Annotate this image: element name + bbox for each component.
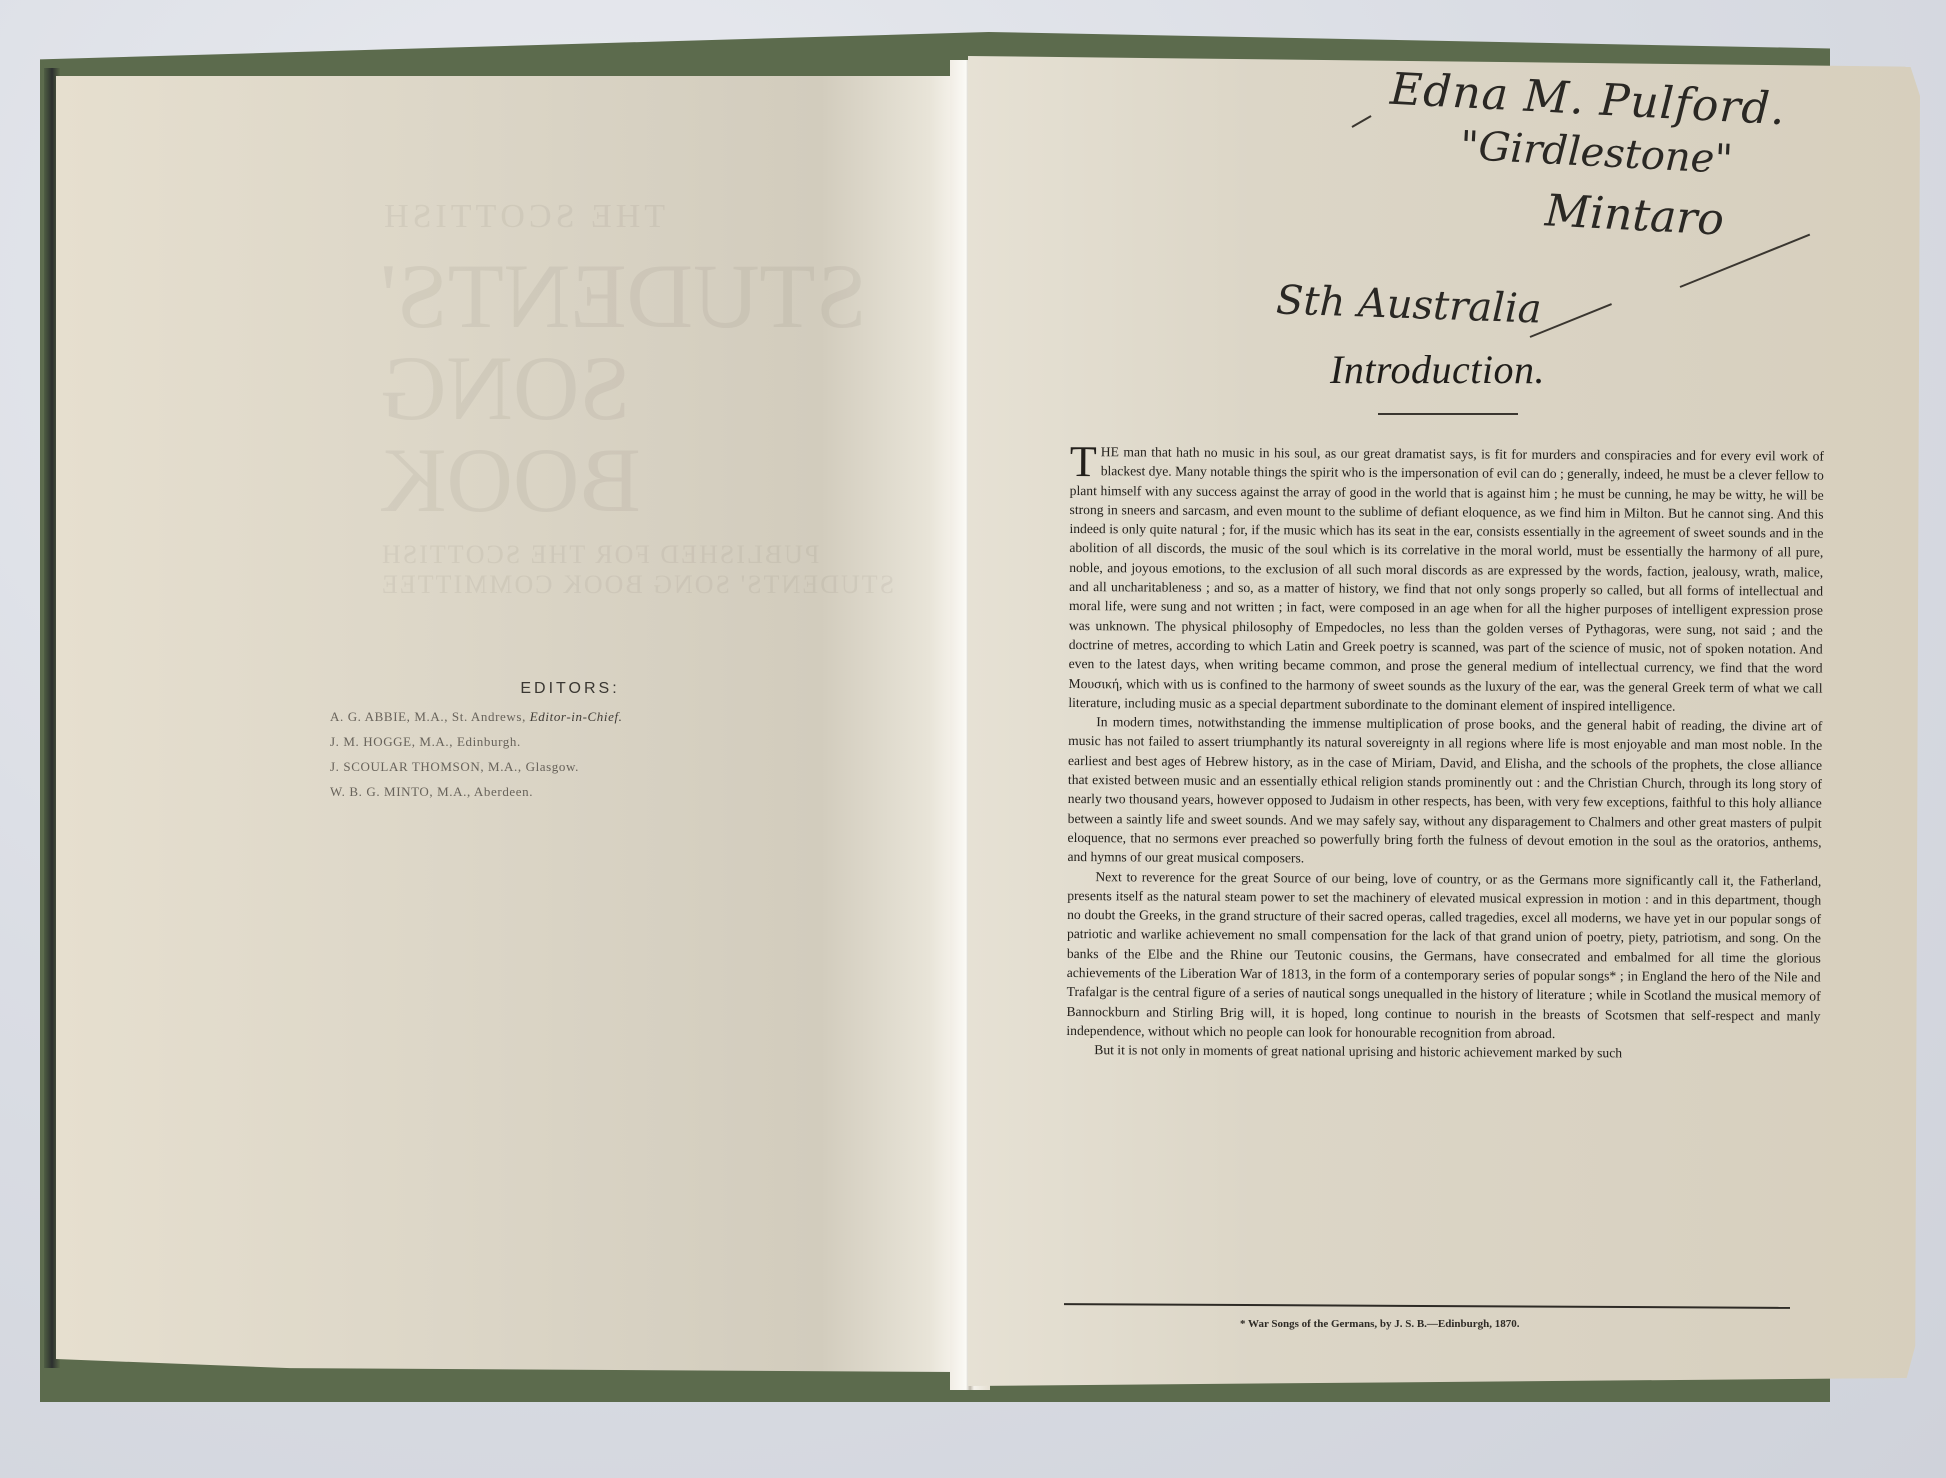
paragraph: THE man that hath no music in his soul, …	[1068, 442, 1824, 717]
ghost-line: SONG BOOK	[380, 342, 900, 526]
inscription-state: Sth Australia	[1275, 277, 1542, 332]
page-title: Introduction.	[1330, 346, 1545, 393]
editors-heading: EDITORS:	[410, 680, 730, 698]
introduction-body: THE man that hath no music in his soul, …	[1066, 442, 1824, 1064]
inscription-town: Mintaro	[1544, 185, 1725, 245]
editor-entry: A. G. ABBIE, M.A., St. Andrews, Editor-i…	[330, 704, 730, 729]
paragraph: Next to reverence for the great Source o…	[1066, 867, 1821, 1045]
ghost-line: PUBLISHED FOR THE SCOTTISH STUDENTS' SON…	[380, 540, 900, 600]
drop-cap: T	[1070, 444, 1097, 480]
editors-block: EDITORS: A. G. ABBIE, M.A., St. Andrews,…	[330, 680, 730, 804]
paragraph: In modern times, notwithstanding the imm…	[1067, 712, 1822, 871]
ghost-line: STUDENTS'	[380, 250, 900, 342]
footnote: * War Songs of the Germans, by J. S. B.—…	[1240, 1318, 1520, 1330]
bleed-through-title: THE SCOTTISH STUDENTS' SONG BOOK PUBLISH…	[380, 200, 900, 600]
editor-entry: W. B. G. MINTO, M.A., Aberdeen.	[330, 779, 730, 804]
ghost-line: THE SCOTTISH	[380, 200, 900, 234]
editor-entry: J. SCOULAR THOMSON, M.A., Glasgow.	[330, 754, 730, 779]
title-divider	[1378, 413, 1518, 415]
editor-entry: J. M. HOGGE, M.A., Edinburgh.	[330, 729, 730, 754]
